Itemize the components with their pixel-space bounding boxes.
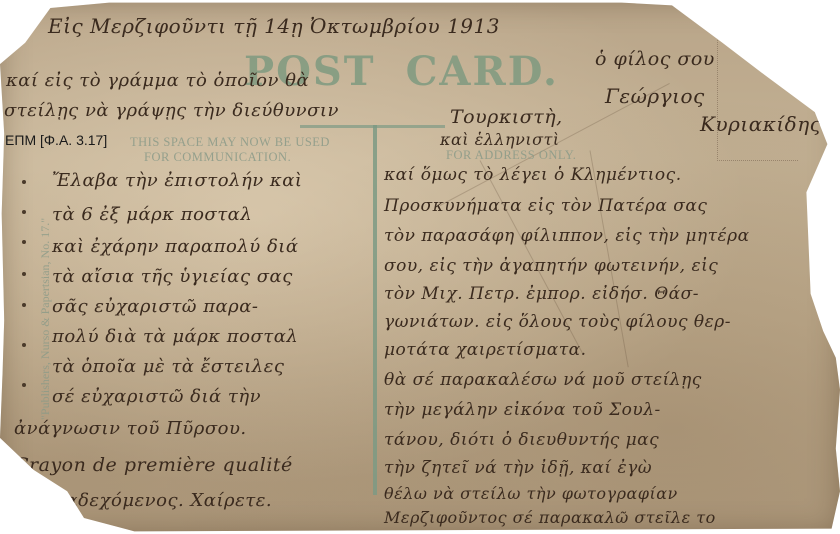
card-word: CARD. xyxy=(406,48,559,95)
margin-dot xyxy=(22,240,26,244)
margin-dot xyxy=(22,210,26,214)
address-divider-line xyxy=(373,125,377,495)
handwritten-line: τὰ 6 ἐξ μάρκ ποσταλ xyxy=(52,204,252,225)
margin-dot xyxy=(22,180,26,184)
handwritten-line: σέ εὐχαριστῶ διά τὴν xyxy=(52,386,261,407)
address-notice: FOR ADDRESS ONLY. xyxy=(446,148,576,163)
handwritten-line: καὶ ἑλληνιστὶ xyxy=(440,130,560,149)
handwritten-line: καὶ ἐχάρην παραπολύ διά xyxy=(52,236,299,257)
handwritten-line: Crayon de première qualité xyxy=(14,454,293,476)
communication-notice-line1: THIS SPACE MAY NOW BE USED xyxy=(130,135,330,150)
publisher-imprint: "Publishers, Nurso & Papertsian, No. 17.… xyxy=(38,218,53,420)
handwritten-line: στείλῃς νὰ γράψῃς τὴν διεύθυνσιν xyxy=(4,100,339,121)
handwritten-line: Τουρκιστὴ, xyxy=(450,106,563,128)
handwritten-line: πολύ διὰ τὰ μάρκ ποσταλ xyxy=(52,326,298,347)
archive-reference-label: ΕΠΜ [Φ.Α. 3.17] xyxy=(5,132,107,148)
handwritten-line: ἀνάγνωσιν τοῦ Πῦρσου. xyxy=(14,418,247,439)
margin-dot xyxy=(22,383,26,387)
handwritten-line: Ἔλαβα τὴν ἐπιστολήν καὶ xyxy=(52,170,302,191)
margin-dot xyxy=(22,343,26,347)
handwritten-line: τάνου, διότι ὁ διευθυντής μας xyxy=(384,430,659,450)
handwritten-line: σᾶς εὐχαριστῶ παρα- xyxy=(52,296,259,317)
handwritten-line: καταδεχόμενος. Χαίρετε. xyxy=(30,490,272,511)
handwritten-line: Προσκυνήματα εἰς τὸν Πατέρα σας xyxy=(384,196,707,216)
communication-notice-line2: FOR COMMUNICATION. xyxy=(144,150,291,165)
stamp-area xyxy=(717,30,798,161)
handwritten-line: τὸν παρασάφη φίλιππον, εἰς τὴν μητέρα xyxy=(384,226,750,246)
handwritten-line: μοτάτα χαιρετίσματα. xyxy=(384,340,587,360)
signature-line: ὁ φίλος σου xyxy=(595,48,715,70)
handwritten-line: καί εἰς τὸ γράμμα τὸ ὁποῖον θὰ xyxy=(6,70,309,91)
postcard: POSTCARD. THIS SPACE MAY NOW BE USED FOR… xyxy=(0,0,840,534)
handwritten-line: τὴν μεγάλην εἰκόνα τοῦ Σουλ- xyxy=(384,400,661,420)
handwritten-line: γωνιάτων. εἰς ὅλους τοὺς φίλους θερ- xyxy=(384,312,731,332)
handwritten-line: σου, εἰς τὴν ἀγαπητήν φωτεινήν, εἰς xyxy=(384,256,718,276)
handwritten-line: θέλω νὰ στείλω τὴν φωτογραφίαν xyxy=(384,484,678,503)
handwritten-line: καί ὅμως τὸ λέγει ὁ Κλημέντιος. xyxy=(384,165,682,185)
handwritten-line: τὰ ὁποῖα μὲ τὰ ἔστειλες xyxy=(52,356,284,377)
margin-dot xyxy=(22,303,26,307)
margin-dot xyxy=(22,272,26,276)
handwritten-line: Μερζιφοῦντος σέ παρακαλῶ στεῖλε το xyxy=(384,508,716,527)
handwritten-line: τὴν ζητεῖ νά τὴν ἰδῇ, καί ἐγὼ xyxy=(384,458,652,478)
handwritten-line: θὰ σέ παρακαλέσω νά μοῦ στείλῃς xyxy=(384,370,702,390)
signature-surname: Κυριακίδης xyxy=(700,112,821,136)
signature-name: Γεώργιος xyxy=(605,84,705,108)
handwritten-line: τὸν Μιχ. Πετρ. ἐμπορ. εἰδήσ. Θάσ- xyxy=(384,284,699,304)
handwritten-line: τὰ αἴσια τῆς ὑγιείας σας xyxy=(52,266,293,287)
handwritten-date-line: Εἰς Μερζιφοῦντι τῇ 14ῃ Ὀκτωμβρίου 1913 xyxy=(48,14,500,38)
